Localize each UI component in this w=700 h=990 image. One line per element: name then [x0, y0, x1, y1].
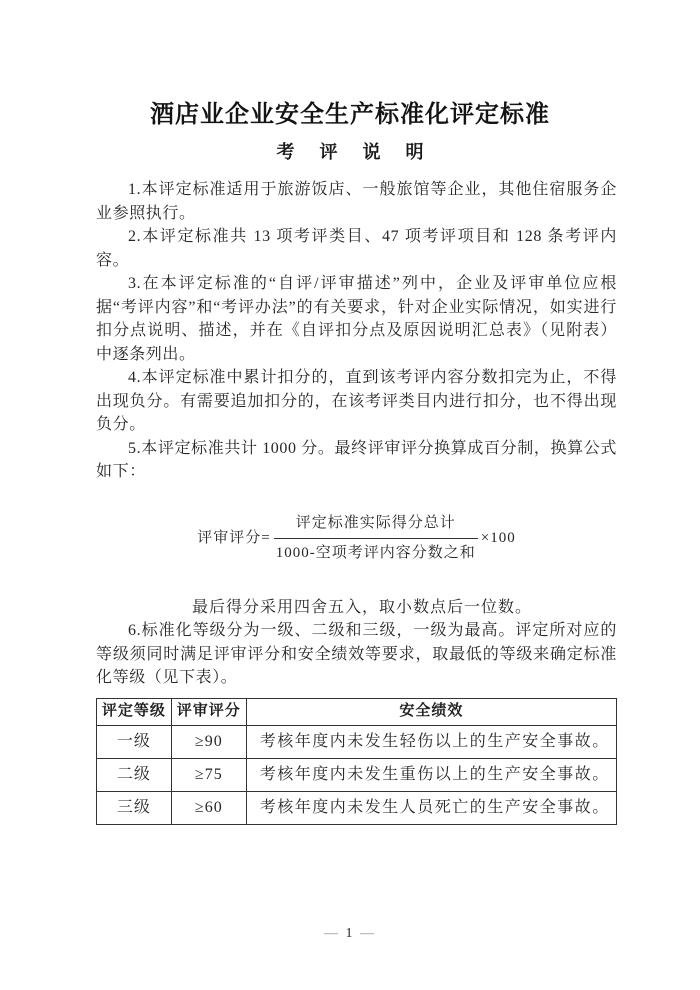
review-score-cell: ≥90: [171, 725, 246, 758]
page-number: — 1 —: [0, 926, 700, 942]
header-review-score: 评审评分: [171, 698, 246, 725]
grade-table-header-row: 评定等级 评审评分 安全绩效: [97, 698, 617, 725]
safety-performance-cell: 考核年度内未发生重伤以上的生产安全事故。: [246, 758, 616, 791]
score-formula: 评审评分= 评定标准实际得分总计 1000-空项考评内容分数之和 ×100: [197, 512, 515, 566]
table-row: 一级 ≥90 考核年度内未发生轻伤以上的生产安全事故。: [97, 725, 617, 758]
paragraph-3: 3.在本评定标准的“自评/评审描述”列中，企业及评审单位应根据“考评内容”和“考…: [96, 272, 617, 366]
review-score-cell: ≥75: [171, 758, 246, 791]
page-number-value: 1: [346, 926, 355, 941]
document-subtitle: 考 评 说 明: [0, 141, 700, 163]
grade-level-cell: 一级: [97, 725, 172, 758]
safety-performance-cell: 考核年度内未发生人员死亡的生产安全事故。: [246, 791, 616, 824]
grade-level-cell: 二级: [97, 758, 172, 791]
formula-rhs: ×100: [481, 527, 516, 551]
paragraph-1: 1.本评定标准适用于旅游饭店、一般旅馆等企业，其他住宿服务企业参照执行。: [96, 178, 617, 225]
formula-numerator: 评定标准实际得分总计: [274, 512, 478, 540]
review-score-cell: ≥60: [171, 791, 246, 824]
safety-performance-cell: 考核年度内未发生轻伤以上的生产安全事故。: [246, 725, 616, 758]
formula-fraction: 评定标准实际得分总计 1000-空项考评内容分数之和: [274, 512, 478, 566]
table-row: 三级 ≥60 考核年度内未发生人员死亡的生产安全事故。: [97, 791, 617, 824]
document-title: 酒店业企业安全生产标准化评定标准: [60, 100, 640, 129]
header-grade-level: 评定等级: [97, 698, 172, 725]
paragraph-2: 2.本评定标准共 13 项考评类目、47 项考评项目和 128 条考评内容。: [96, 225, 617, 272]
paragraph-6: 6.标准化等级分为一级、二级和三级，一级为最高。评定所对应的等级须同时满足评审评…: [96, 619, 617, 690]
paragraph-5: 5.本评定标准共计 1000 分。最终评审评分换算成百分制，换算公式如下：: [96, 437, 617, 484]
document-body: 1.本评定标准适用于旅游饭店、一般旅馆等企业，其他住宿服务企业参照执行。 2.本…: [96, 178, 617, 825]
formula-lhs: 评审评分=: [197, 527, 270, 551]
document-page: 酒店业企业安全生产标准化评定标准 考 评 说 明 1.本评定标准适用于旅游饭店、…: [0, 0, 700, 990]
page-number-left-dash: —: [324, 926, 340, 941]
table-row: 二级 ≥75 考核年度内未发生重伤以上的生产安全事故。: [97, 758, 617, 791]
page-number-right-dash: —: [360, 926, 376, 941]
paragraph-4: 4.本评定标准中累计扣分的，直到该考评内容分数扣完为止，不得出现负分。有需要追加…: [96, 366, 617, 437]
rounding-note: 最后得分采用四舍五入，取小数点后一位数。: [96, 596, 617, 620]
grade-table: 评定等级 评审评分 安全绩效 一级 ≥90 考核年度内未发生轻伤以上的生产安全事…: [96, 698, 617, 825]
formula-denominator: 1000-空项考评内容分数之和: [274, 539, 478, 566]
score-formula-row: 评审评分= 评定标准实际得分总计 1000-空项考评内容分数之和 ×100: [96, 512, 617, 566]
header-safety-performance: 安全绩效: [246, 698, 616, 725]
grade-level-cell: 三级: [97, 791, 172, 824]
